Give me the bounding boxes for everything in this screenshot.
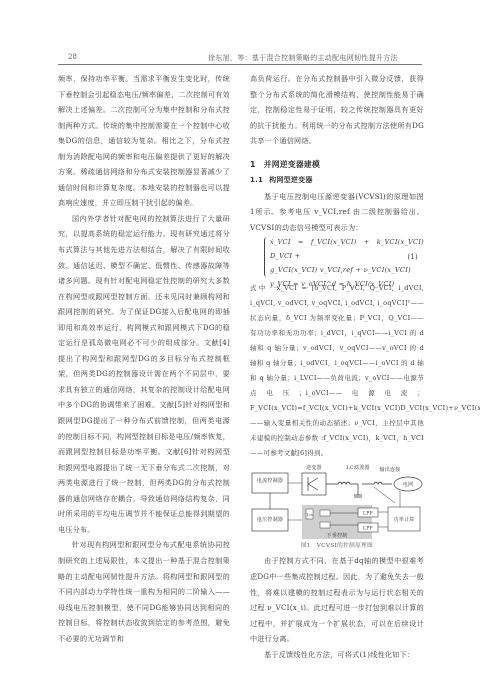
equation-line: y_VCI = v_oVCI^d = h_VCI(x_VCI) — [270, 277, 424, 291]
subsection-heading: 1.1构网型逆变器 — [250, 173, 424, 189]
lpf-label-1: LPF — [363, 511, 373, 517]
lpf-label-2: LPF — [363, 526, 373, 532]
lc-filter-label: LC滤波器 — [346, 464, 369, 471]
lc-line — [326, 482, 392, 484]
equation-line: ẋ_VCI = f_VCI(x_VCI) + k_VCI(x_VCI) D_VC… — [270, 235, 424, 263]
equation-line: g_VCI(x_VCI) v_VCI,ref + ν_VCI(x_VCI) — [270, 263, 424, 277]
voltage-controller-label: 电压控制器 — [257, 516, 283, 523]
inverter-block — [302, 473, 326, 495]
paragraph: 针对现有构网型和跟网型分布式配电系统协同控制研究的上述局限性，本文提出一种基于混… — [58, 537, 230, 646]
section-number: 1 — [250, 160, 256, 169]
paragraph: 高负荷运行。在分布式控制器中引入微分反馈，获得整个分布式系统的简化滑模结构，使控… — [250, 71, 424, 149]
gain-block-2 — [320, 522, 330, 528]
equation-brace — [264, 237, 269, 277]
output-connection-label: 输出连接 — [379, 466, 400, 473]
subsection-number: 1.1 — [250, 176, 263, 184]
paragraph: 基于反馈线性化方法，可将式(1)线性化如下： — [250, 647, 424, 663]
paragraph: 由于控制方式不同，在基于dq轴的模型中很难考虑DG中一些集成控制过程。因此，为了… — [250, 553, 424, 646]
paragraph: 频率，保持功率平衡。当需求平衡发生变化时，传统下垂控制会引起稳态电压/频率偏差，… — [58, 71, 230, 211]
grid-label: 电网 — [403, 481, 414, 488]
equation-1: ẋ_VCI = f_VCI(x_VCI) + k_VCI(x_VCI) D_VC… — [250, 235, 424, 281]
gain-block-1 — [320, 510, 330, 516]
droop-control-label: 下垂控制 — [326, 532, 347, 539]
page-header: 28 徐东旭，等：基于混合控制策略的主动配电网韧性提升方法 — [58, 52, 422, 65]
subsection-title: 构网型逆变器 — [269, 176, 313, 184]
running-title: 徐东旭，等：基于混合控制策略的主动配电网韧性提升方法 — [208, 53, 398, 63]
inverter-label: 逆变器 — [306, 464, 322, 471]
figure-caption: 图1VCVSI的控制原理图 — [250, 541, 424, 551]
integrator-label: 1/s — [306, 512, 313, 517]
page-number: 28 — [68, 53, 77, 61]
variable-definitions: 式中 x_VCI = [δ_VCI, P_VCI, Q_VCI, i_dVCI,… — [250, 281, 424, 461]
capacitor-icon — [354, 484, 362, 497]
section-title: 并网逆变器建模 — [264, 160, 320, 169]
power-calc-label: 功率计算 — [393, 516, 414, 523]
equation-number: (1) — [407, 250, 418, 264]
left-column: 频率，保持功率平衡。当需求平衡发生变化时，传统下垂控制会引起稳态电压/频率偏差，… — [58, 71, 230, 646]
figure-number: 图1 — [301, 543, 311, 549]
paragraph: 国内外学者针对配电网的控制算法进行了大量研究，以提高系统的稳定运行能力。现有研究… — [58, 211, 230, 537]
section-heading: 1并网逆变器建模 — [250, 157, 424, 173]
vcvsi-control-diagram: 电流控制器 电压控制器 逆变器 LC滤波器 输出连接 电网 1/s 下垂控制 L… — [250, 463, 424, 541]
figure-caption-text: VCVSI的控制原理图 — [317, 543, 373, 549]
paragraph: 基于电压控制电压源逆变器(VCVSI)的原理如图1所示。参考电压 v_VCI,r… — [250, 189, 424, 236]
right-column: 高负荷运行。在分布式控制器中引入微分反馈，获得整个分布式系统的简化滑模结构，使控… — [250, 71, 424, 662]
figure-1-diagram: 电流控制器 电压控制器 逆变器 LC滤波器 输出连接 电网 1/s 下垂控制 L… — [250, 463, 424, 541]
current-controller-label: 电流控制器 — [257, 477, 283, 484]
